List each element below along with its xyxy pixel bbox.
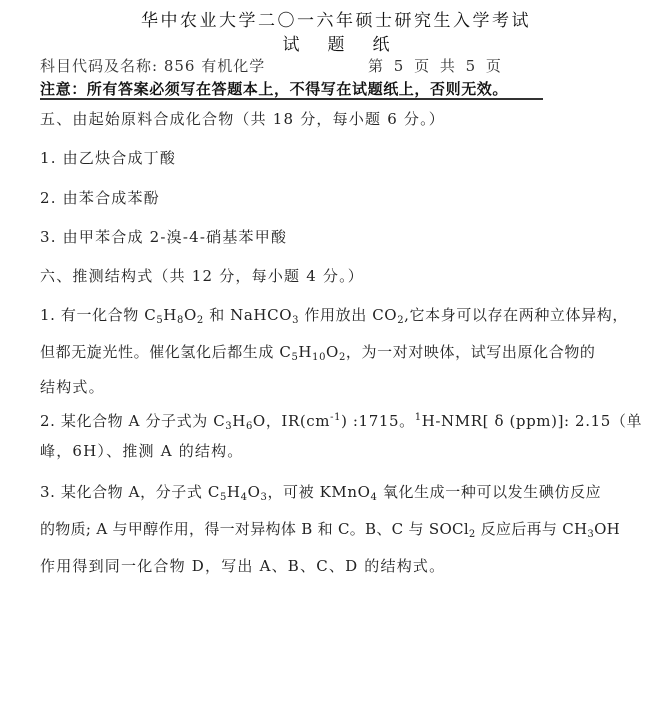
- section5-item-1: 1. 由乙炔合成丁酸: [40, 147, 176, 168]
- subscript: 2: [197, 315, 204, 326]
- q3-line-3: 作用得到同一化合物 D，写出 A、B、C、D 的结构式。: [40, 555, 445, 576]
- text: 但都无旋光性。催化氢化后都生成 C: [40, 343, 291, 361]
- exam-subtitle: 试题纸: [0, 30, 672, 55]
- text: ,它本身可以存在两种立体异构，: [404, 306, 628, 324]
- section5-heading: 五、由起始原料合成化合物（共 18 分，每小题 6 分。）: [40, 108, 445, 129]
- q1-line-1: 1. 有一化合物 C5H8O2 和 NaHCO3 作用放出 CO2,它本身可以存…: [40, 304, 628, 325]
- section6-heading: 六、推测结构式（共 12 分，每小题 4 分。）: [40, 265, 364, 286]
- text: ，可被 KMnO: [267, 483, 370, 501]
- text: 氧化生成一种可以发生碘仿反应: [378, 483, 602, 501]
- subscript: 4: [371, 492, 378, 503]
- exam-title: 华中农业大学二〇一六年硕士研究生入学考试: [0, 6, 672, 31]
- subscript: 10: [312, 352, 326, 363]
- section5-item-3: 3. 由甲苯合成 2-溴-4-硝基苯甲酸: [40, 226, 287, 247]
- subscript: 8: [177, 315, 184, 326]
- text: ) :1715。: [341, 412, 415, 430]
- subscript: 6: [246, 421, 253, 432]
- subscript: 2: [469, 529, 476, 540]
- text: H: [298, 343, 312, 361]
- subtitle-char: 题: [328, 30, 345, 55]
- text: H: [227, 483, 241, 501]
- superscript: 1: [415, 412, 422, 423]
- text: O: [248, 483, 261, 501]
- q3-line-2: 的物质; A 与甲醇作用，得一对异构体 B 和 C。B、C 与 SOCl2 反应…: [40, 518, 620, 539]
- q1-line-2: 但都无旋光性。催化氢化后都生成 C5H10O2，为一对对映体，试写出原化合物的: [40, 341, 596, 362]
- text: 1. 有一化合物 C: [40, 306, 156, 324]
- text: 2. 某化合物 A 分子式为 C: [40, 412, 225, 430]
- text: H: [163, 306, 177, 324]
- notice-underline: [40, 98, 543, 100]
- page-info: 第 5 页 共 5 页: [368, 55, 504, 76]
- subtitle-char: 纸: [373, 30, 390, 55]
- subscript: 2: [339, 352, 346, 363]
- text: OH: [594, 520, 620, 538]
- q3-line-1: 3. 某化合物 A，分子式 C5H4O3，可被 KMnO4 氧化生成一种可以发生…: [40, 481, 601, 502]
- subscript: 5: [220, 492, 227, 503]
- subject-code-name: 科目代码及名称: 856 有机化学: [40, 55, 265, 76]
- exam-page: 华中农业大学二〇一六年硕士研究生入学考试 试题纸 科目代码及名称: 856 有机…: [0, 0, 672, 704]
- text: 反应后再与 CH: [476, 520, 588, 538]
- q2-line-1: 2. 某化合物 A 分子式为 C3H6O，IR(cm-1) :1715。1H-N…: [40, 410, 642, 431]
- text: 和 NaHCO: [204, 306, 292, 324]
- text: O: [184, 306, 197, 324]
- notice: 注意：所有答案必须写在答题本上，不得写在试题纸上，否则无效。: [40, 78, 543, 99]
- q2-line-2: 峰，6H）、推测 A 的结构。: [40, 440, 244, 461]
- section5-item-2: 2. 由苯合成苯酚: [40, 187, 160, 208]
- text: O: [326, 343, 339, 361]
- subtitle-char: 试: [283, 30, 300, 55]
- q1-line-3: 结构式。: [40, 376, 105, 397]
- text: O，IR(cm: [253, 412, 330, 430]
- superscript: -1: [330, 412, 341, 423]
- text: 的物质; A 与甲醇作用，得一对异构体 B 和 C。B、C 与 SOCl: [40, 520, 469, 538]
- text: ，为一对对映体，试写出原化合物的: [346, 343, 596, 361]
- text: 作用放出 CO: [299, 306, 397, 324]
- text: H: [232, 412, 246, 430]
- subscript: 4: [241, 492, 248, 503]
- text: H-NMR[ δ (ppm)]: 2.15（单: [422, 412, 642, 430]
- text: 3. 某化合物 A，分子式 C: [40, 483, 220, 501]
